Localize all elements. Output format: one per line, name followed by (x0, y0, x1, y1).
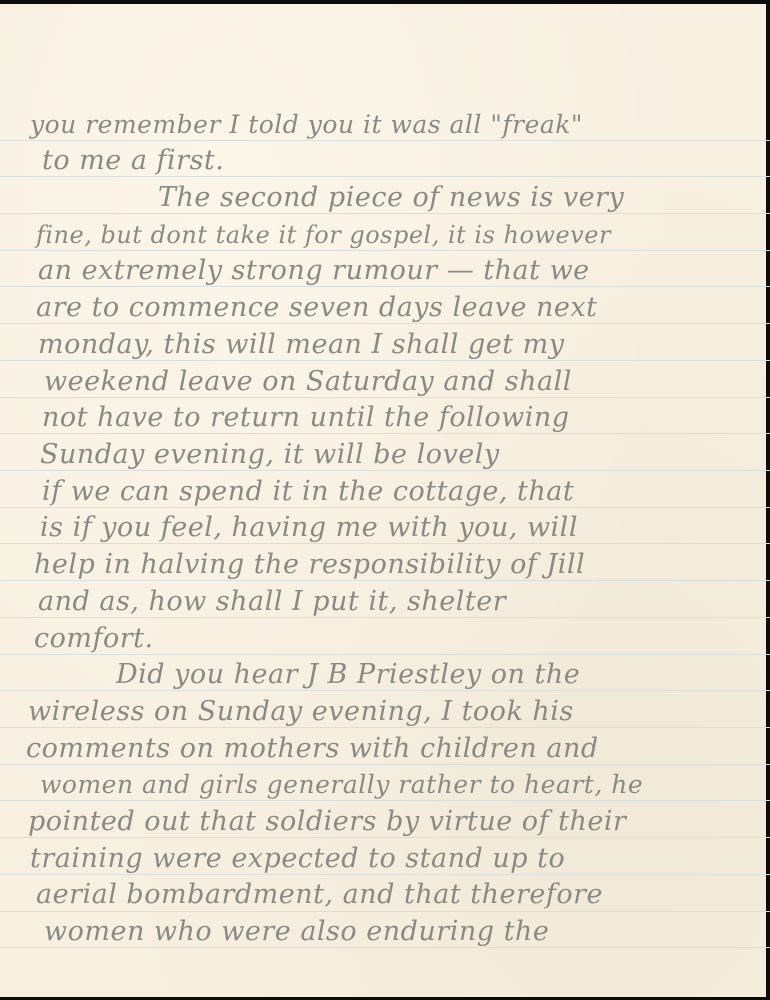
handwritten-line: training were expected to stand up to (30, 844, 565, 874)
handwritten-line: Sunday evening, it will be lovely (40, 440, 500, 470)
ruled-line (0, 617, 770, 618)
handwritten-line: Did you hear J B Priestley on the (116, 660, 580, 690)
ruled-line (0, 470, 770, 471)
ruled-line (0, 286, 770, 287)
handwritten-line: comments on mothers with children and (26, 734, 599, 764)
ruled-line (0, 250, 770, 251)
scan-border-top (0, 0, 770, 4)
ruled-line (0, 176, 770, 177)
ruled-line (0, 140, 770, 141)
ruled-line (0, 654, 770, 655)
handwritten-line: to me a first. (42, 146, 224, 176)
handwritten-line: pointed out that soldiers by virtue of t… (28, 807, 626, 837)
handwritten-line: comfort. (34, 624, 154, 654)
ruled-line (0, 690, 770, 691)
handwritten-line: help in halving the responsibility of Ji… (34, 550, 585, 580)
ruled-line (0, 764, 770, 765)
handwritten-line: and as, how shall I put it, shelter (38, 587, 506, 617)
ruled-line (0, 800, 770, 801)
ruled-line (0, 580, 770, 581)
ruled-line (0, 397, 770, 398)
handwritten-line: women and girls generally rather to hear… (40, 770, 643, 800)
handwritten-line: an extremely strong rumour — that we (38, 256, 590, 286)
handwritten-line: wireless on Sunday evening, I took his (28, 697, 574, 727)
ruled-line (0, 433, 770, 434)
ruled-line (0, 213, 770, 214)
ruled-line (0, 360, 770, 361)
ruled-line (0, 727, 770, 728)
ruled-line (0, 837, 770, 838)
handwritten-line: are to commence seven days leave next (36, 293, 597, 323)
ruled-line (0, 543, 770, 544)
handwritten-line: fine, but dont take it for gospel, it is… (36, 220, 611, 250)
ruled-line (0, 507, 770, 508)
handwritten-line: women who were also enduring the (44, 917, 549, 947)
ruled-line (0, 947, 770, 948)
handwritten-line: not have to return until the following (42, 403, 570, 433)
handwritten-line: The second piece of news is very (158, 183, 624, 213)
ruled-line (0, 911, 770, 912)
handwritten-line: is if you feel, having me with you, will (40, 513, 578, 543)
letter-page: you remember I told you it was all "frea… (0, 0, 770, 1000)
scan-border-right (766, 0, 770, 1000)
handwritten-line: weekend leave on Saturday and shall (44, 367, 572, 397)
ruled-line (0, 323, 770, 324)
handwritten-line: aerial bombardment, and that therefore (36, 880, 603, 910)
handwritten-line: if we can spend it in the cottage, that (42, 477, 574, 507)
handwritten-line: you remember I told you it was all "frea… (30, 110, 583, 140)
ruled-line (0, 874, 770, 875)
handwritten-line: monday, this will mean I shall get my (38, 330, 565, 360)
